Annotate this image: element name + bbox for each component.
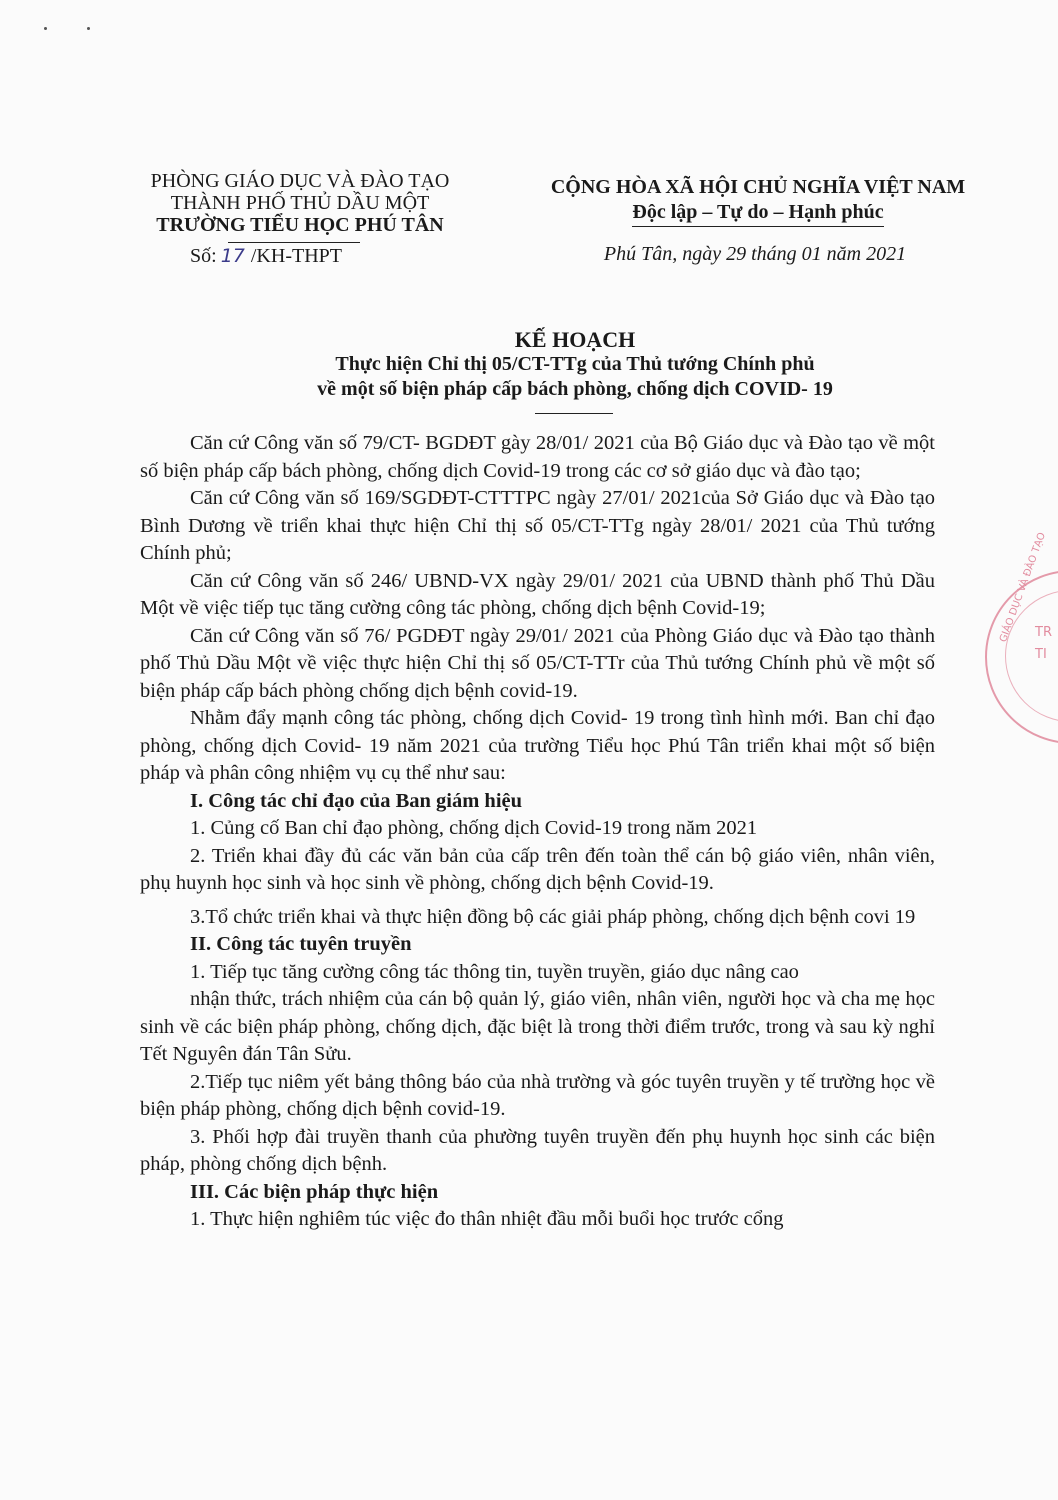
handwritten-number: 17 <box>221 245 245 267</box>
list-item: 3. Phối hợp đài truyền thanh của phường … <box>140 1124 935 1179</box>
national-header: CỘNG HÒA XÃ HỘI CHỦ NGHĨA VIỆT NAM Độc l… <box>518 175 998 227</box>
list-item: 2. Triển khai đầy đủ các văn bản của cấp… <box>140 843 935 898</box>
scan-marks <box>44 27 90 31</box>
school-name: TRƯỜNG TIỂU HỌC PHÚ TÂN <box>130 214 470 236</box>
paragraph: Căn cứ Công văn số 246/ UBND-VX ngày 29/… <box>140 568 935 623</box>
list-item: 3.Tổ chức triển khai và thực hiện đồng b… <box>140 904 935 932</box>
divider <box>535 413 613 414</box>
title-sub-1: Thực hiện Chỉ thị 05/CT-TTg của Thủ tướn… <box>200 352 950 377</box>
list-item: 1. Củng cố Ban chỉ đạo phòng, chống dịch… <box>140 815 935 843</box>
country-name: CỘNG HÒA XÃ HỘI CHỦ NGHĨA VIỆT NAM <box>518 175 998 200</box>
section-heading: II. Công tác tuyên truyền <box>140 931 935 959</box>
paragraph: Nhằm đẩy mạnh công tác phòng, chống dịch… <box>140 705 935 788</box>
paragraph: Căn cứ Công văn số 76/ PGDĐT ngày 29/01/… <box>140 623 935 706</box>
list-item: 1. Tiếp tục tăng cường công tác thông ti… <box>140 959 935 987</box>
section-heading: I. Công tác chỉ đạo của Ban giám hiệu <box>140 788 935 816</box>
document-number: Số:17/KH-THPT <box>190 245 342 268</box>
national-motto: Độc lập – Tự do – Hạnh phúc <box>632 200 883 227</box>
title-main: KẾ HOẠCH <box>200 327 950 352</box>
title-sub-2: về một số biện pháp cấp bách phòng, chốn… <box>200 377 950 402</box>
paragraph: Căn cứ Công văn số 79/CT- BGDĐT gày 28/0… <box>140 430 935 485</box>
list-item: 2.Tiếp tục niêm yết bảng thông báo của n… <box>140 1069 935 1124</box>
section-heading: III. Các biện pháp thực hiện <box>140 1179 935 1207</box>
document-title: KẾ HOẠCH Thực hiện Chỉ thị 05/CT-TTg của… <box>200 327 950 402</box>
issuing-agency-block: PHÒNG GIÁO DỤC VÀ ĐÀO TẠO THÀNH PHỐ THỦ … <box>130 170 470 236</box>
divider <box>228 242 360 243</box>
list-item: 1. Thực hiện nghiêm túc việc đo thân nhi… <box>140 1206 935 1234</box>
document-body: Căn cứ Công văn số 79/CT- BGDĐT gày 28/0… <box>140 430 935 1234</box>
agency-line-1: PHÒNG GIÁO DỤC VÀ ĐÀO TẠO <box>130 170 470 192</box>
paragraph: Căn cứ Công văn số 169/SGDĐT-CTTTPC ngày… <box>140 485 935 568</box>
agency-line-2: THÀNH PHỐ THỦ DẦU MỘT <box>130 192 470 214</box>
seal-inner-text: TR TI <box>1035 622 1058 666</box>
document-date: Phú Tân, ngày 29 tháng 01 năm 2021 <box>520 243 990 266</box>
list-item-continuation: nhận thức, trách nhiệm của cán bộ quản l… <box>140 986 935 1069</box>
